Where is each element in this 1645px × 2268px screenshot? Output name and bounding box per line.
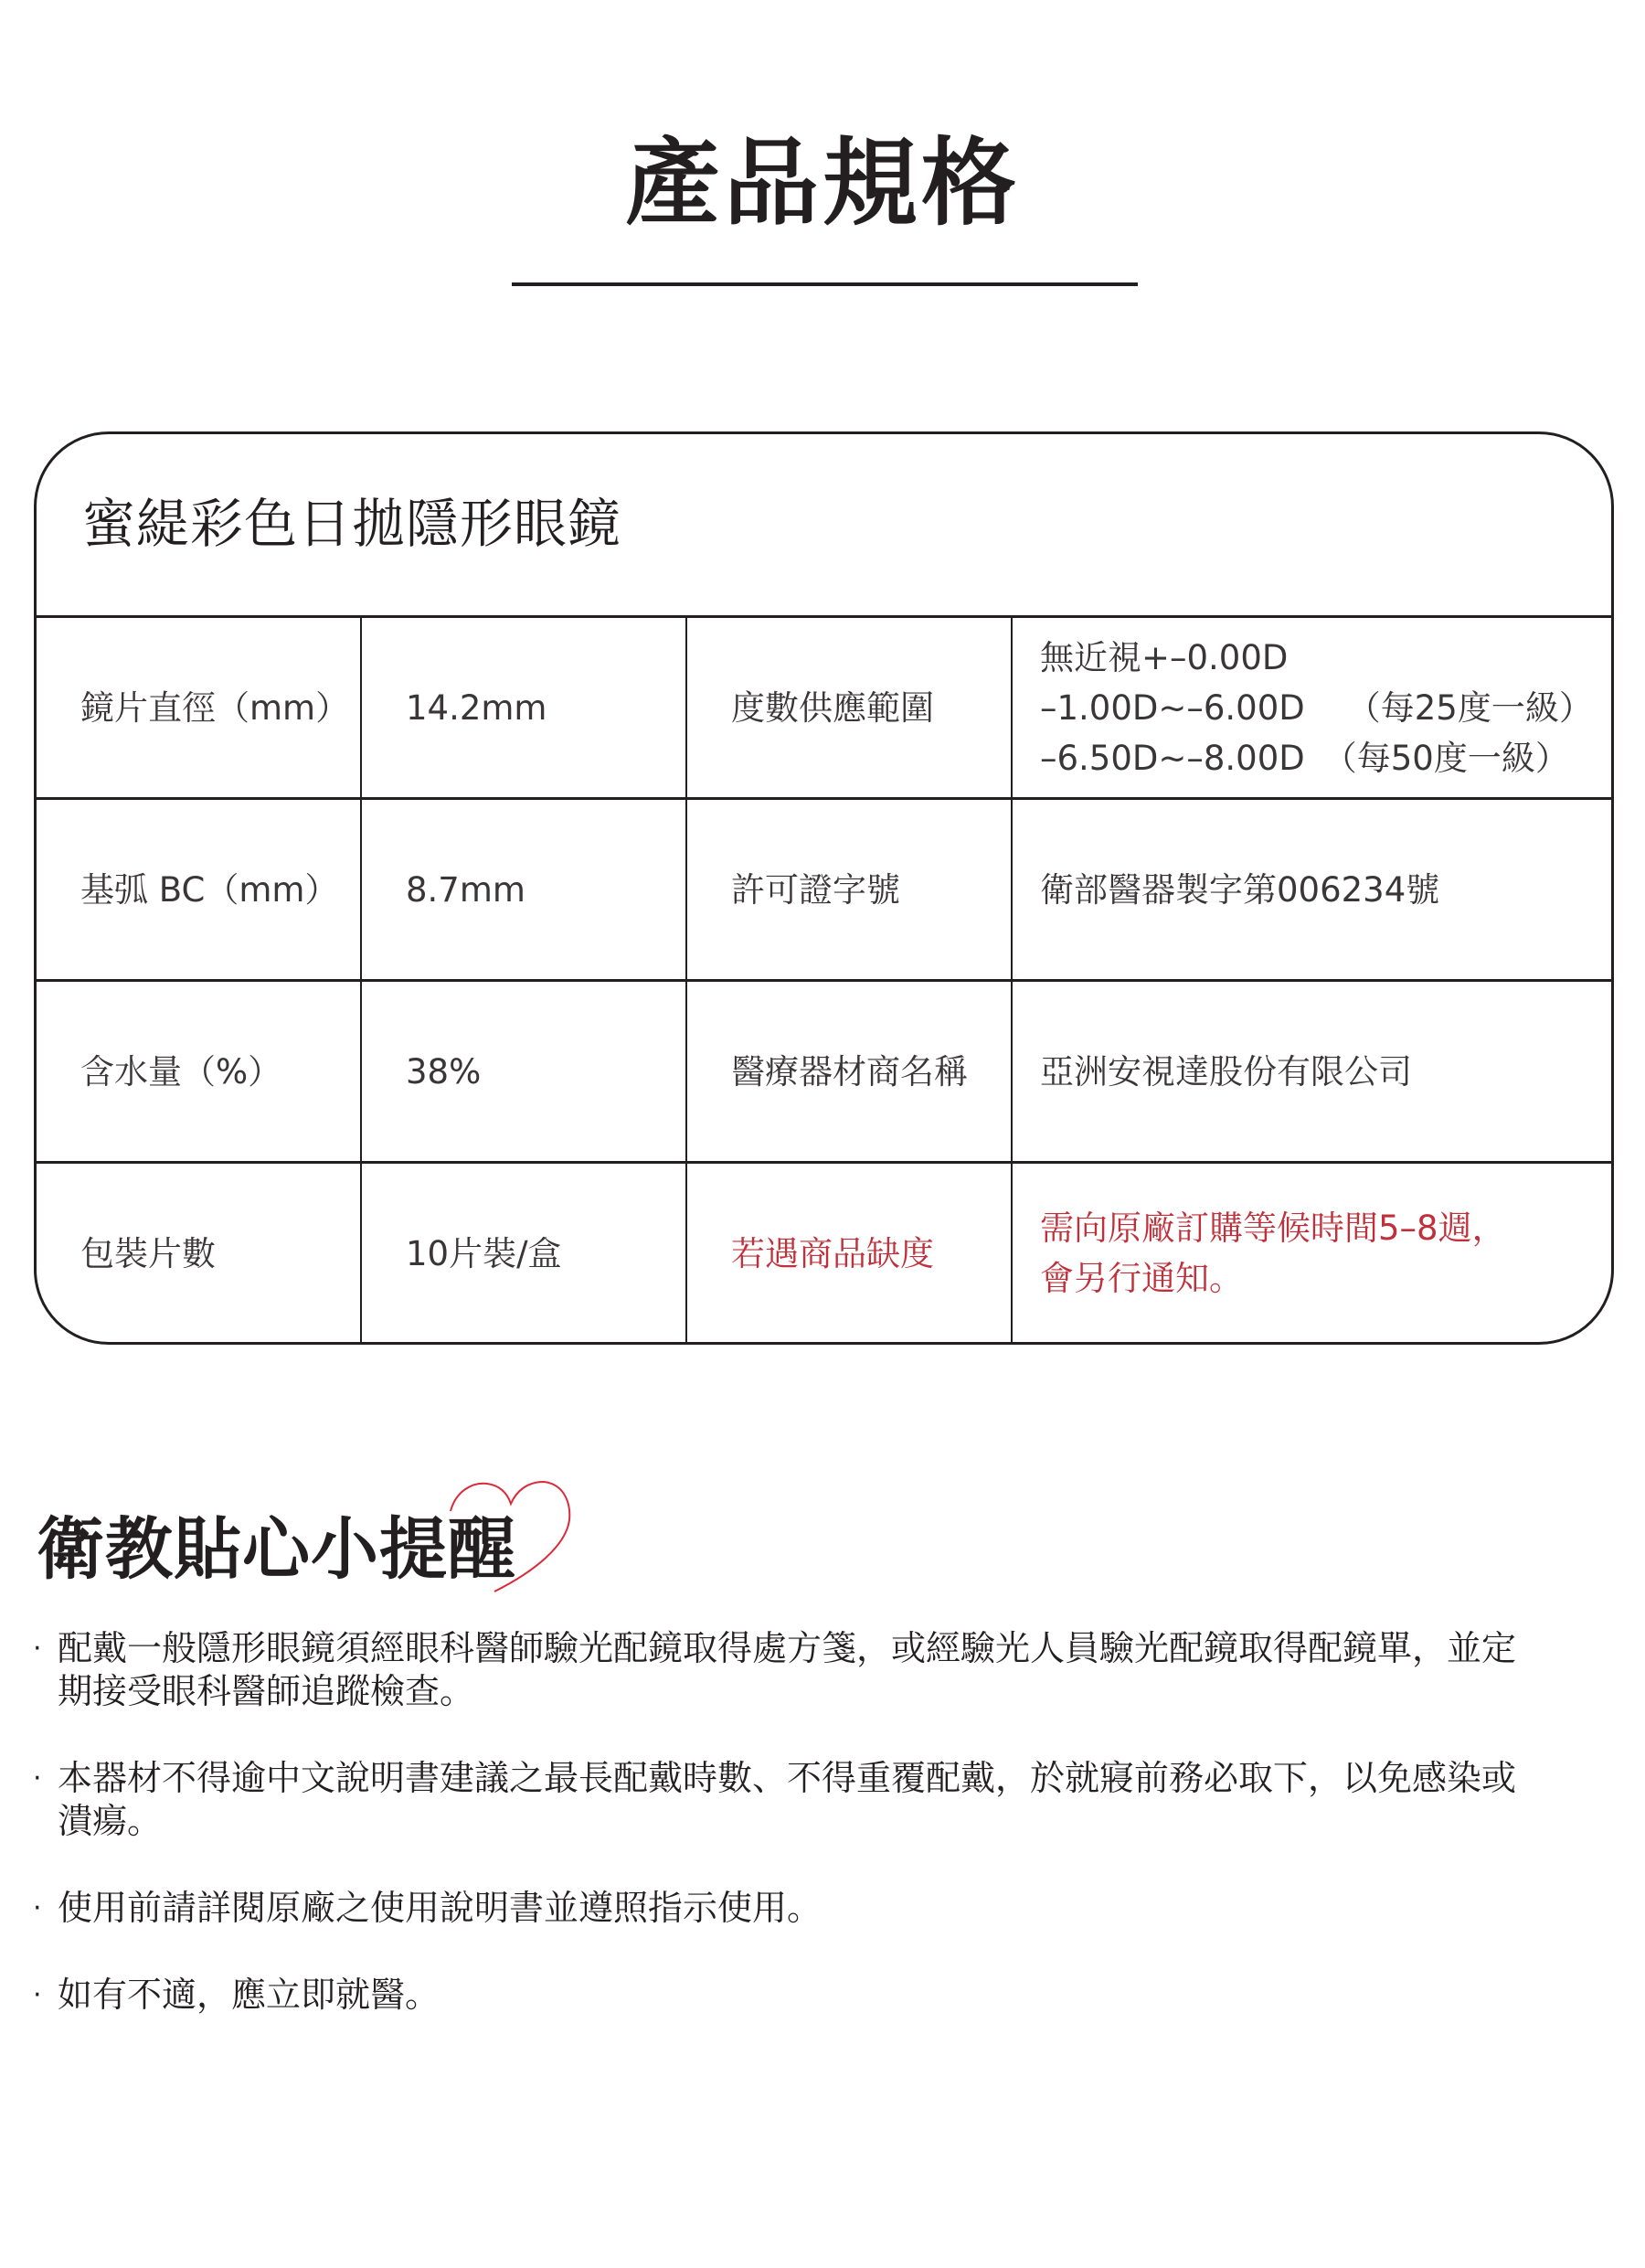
reminder-line: 如有不適，應立即就醫。 <box>58 1974 1627 2017</box>
spec-value: 14.2mm <box>362 618 687 797</box>
spec-row-package: 包裝片數 10片裝/盒 若遇商品缺度 需向原廠訂購等候時間5–8週， 會另行通知… <box>37 1164 1611 1343</box>
spec-card: 蜜緹彩色日拋隱形眼鏡 鏡片直徑（mm） 14.2mm 度數供應範圍 無近視+–0… <box>34 431 1614 1345</box>
spec-label: 包裝片數 <box>37 1164 362 1343</box>
notice-line: 會另行通知。 <box>1040 1253 1506 1304</box>
power-range-line: –1.00D~–6.00D（每25度一級） <box>1040 683 1593 733</box>
reminder-line: 期接受眼科醫師追蹤檢查。 <box>58 1670 1627 1713</box>
spec-value-power-range: 無近視+–0.00D –1.00D~–6.00D（每25度一級） –6.50D~… <box>1013 618 1611 797</box>
power-range: 無近視+–0.00D <box>1040 638 1288 677</box>
bullet-dot: · <box>33 1757 42 1800</box>
power-step-note: （每50度一級） <box>1323 739 1569 778</box>
power-range-line: 無近視+–0.00D <box>1040 633 1593 683</box>
out-of-stock-label: 若遇商品缺度 <box>687 1164 1013 1343</box>
page-title: 產品規格 <box>0 128 1645 238</box>
reminder-line: 本器材不得逾中文說明書建議之最長配戴時數、不得重覆配戴，於就寢前務必取下，以免感… <box>58 1757 1627 1800</box>
out-of-stock-notice: 需向原廠訂購等候時間5–8週， 會另行通知。 <box>1013 1164 1611 1343</box>
reminder-line: 使用前請詳閱原廠之使用說明書並遵照指示使用。 <box>58 1887 1627 1930</box>
product-name: 蜜緹彩色日拋隱形眼鏡 <box>82 487 621 560</box>
spec-value: 10片裝/盒 <box>362 1164 687 1343</box>
spec-row-water-content: 含水量（%） 38% 醫療器材商名稱 亞洲安視達股份有限公司 <box>37 982 1611 1164</box>
spec-label: 許可證字號 <box>687 800 1013 979</box>
bullet-dot: · <box>33 1974 42 2017</box>
bullet-dot: · <box>33 1887 42 1930</box>
power-range-line: –6.50D~–8.00D（每50度一級） <box>1040 733 1593 783</box>
spec-label: 含水量（%） <box>37 982 362 1161</box>
spec-label: 度數供應範圍 <box>687 618 1013 797</box>
power-range: –6.50D~–8.00D <box>1040 739 1305 778</box>
spec-value: 8.7mm <box>362 800 687 979</box>
spec-label: 醫療器材商名稱 <box>687 982 1013 1161</box>
title-divider <box>512 282 1138 286</box>
reminder-list: · 配戴一般隱形眼鏡須經眼科醫師驗光配鏡取得處方箋，或經驗光人員驗光配鏡取得配鏡… <box>27 1627 1627 2060</box>
heart-icon <box>443 1476 580 1595</box>
reminder-item: · 使用前請詳閱原廠之使用說明書並遵照指示使用。 <box>27 1887 1627 1930</box>
reminder-line: 配戴一般隱形眼鏡須經眼科醫師驗光配鏡取得處方箋，或經驗光人員驗光配鏡取得配鏡單，… <box>58 1627 1627 1670</box>
spec-value-license: 衛部醫器製字第006234號 <box>1013 800 1611 979</box>
reminder-item: · 配戴一般隱形眼鏡須經眼科醫師驗光配鏡取得處方箋，或經驗光人員驗光配鏡取得配鏡… <box>27 1627 1627 1713</box>
reminder-line: 潰瘍。 <box>58 1800 1627 1843</box>
spec-label: 鏡片直徑（mm） <box>37 618 362 797</box>
spec-table: 鏡片直徑（mm） 14.2mm 度數供應範圍 無近視+–0.00D –1.00D… <box>37 615 1611 1343</box>
spec-row-diameter: 鏡片直徑（mm） 14.2mm 度數供應範圍 無近視+–0.00D –1.00D… <box>37 618 1611 800</box>
reminder-item: · 本器材不得逾中文說明書建議之最長配戴時數、不得重覆配戴，於就寢前務必取下，以… <box>27 1757 1627 1843</box>
spec-label: 基弧 BC（mm） <box>37 800 362 979</box>
spec-value: 38% <box>362 982 687 1161</box>
power-range: –1.00D~–6.00D <box>1040 688 1305 728</box>
spec-row-base-curve: 基弧 BC（mm） 8.7mm 許可證字號 衛部醫器製字第006234號 <box>37 800 1611 982</box>
power-step-note: （每25度一級） <box>1347 688 1593 728</box>
reminder-item: · 如有不適，應立即就醫。 <box>27 1974 1627 2017</box>
spec-value-company: 亞洲安視達股份有限公司 <box>1013 982 1611 1161</box>
notice-line: 需向原廠訂購等候時間5–8週， <box>1040 1203 1506 1253</box>
bullet-dot: · <box>33 1627 42 1670</box>
